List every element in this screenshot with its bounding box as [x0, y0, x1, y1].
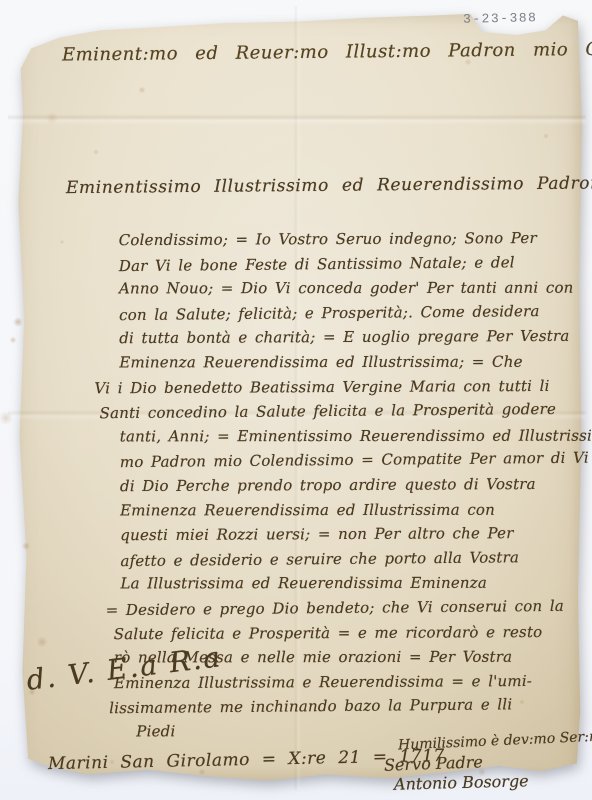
manuscript-line: Salute felicita e Prosperità = e me rico…: [114, 619, 557, 646]
manuscript-line: afetto e desiderio e seruire che porto a…: [120, 545, 556, 574]
manuscript-line: questi miei Rozzi uersi; = non Per altro…: [120, 521, 556, 548]
manuscript-line: mo Padron mio Colendissimo = Compatite P…: [120, 446, 556, 475]
signature-line-2: Servo Padre: [384, 752, 483, 774]
manuscript-line: Santi concedino la Salute felicita e la …: [100, 397, 556, 426]
manuscript-line: Vi i Dio benedetto Beatissima Vergine Ma…: [94, 373, 555, 400]
opening-line: Eminentissimo Illustrissimo ed Reuerendi…: [66, 174, 542, 198]
archive-number-stamp: 3-23-388: [463, 10, 538, 27]
manuscript-line: Eminenza Reuerendissima ed Illustrissima…: [120, 497, 556, 522]
manuscript-line: Colendissimo; = Io Vostro Seruo indegno;…: [119, 226, 555, 253]
manuscript-line: Dar Vi le bone Feste di Santissimo Natal…: [119, 250, 555, 279]
manuscript-line: di tutta bontà e charità; = E uoglio pre…: [119, 324, 555, 351]
manuscript-line: di Dio Perche prendo tropo ardire questo…: [120, 472, 556, 499]
scan-background: 3-23-388 Eminent:mo ed Reuer:mo Illust:m…: [0, 0, 592, 800]
manuscript-line: tanti, Anni; = Eminentissimo Reuerendiss…: [120, 423, 556, 448]
manuscript-line: lissimamente me inchinando bazo la Purpu…: [109, 692, 557, 721]
manuscript-line: = Desidero e prego Dio bendeto; che Vi c…: [106, 594, 557, 623]
manuscript-line: con la Salute; felicità; e Prosperità;. …: [119, 299, 555, 328]
manuscript-line: Anno Nouo; = Dio Vi conceda goder' Per t…: [119, 276, 555, 301]
signature-line-3: Antonio Bosorge: [394, 771, 529, 794]
manuscript-line: Eminenza Reuerendissima ed Illustrissima…: [119, 350, 555, 375]
manuscript-line: La Illustrissima ed Reuerendissima Emine…: [120, 571, 556, 596]
